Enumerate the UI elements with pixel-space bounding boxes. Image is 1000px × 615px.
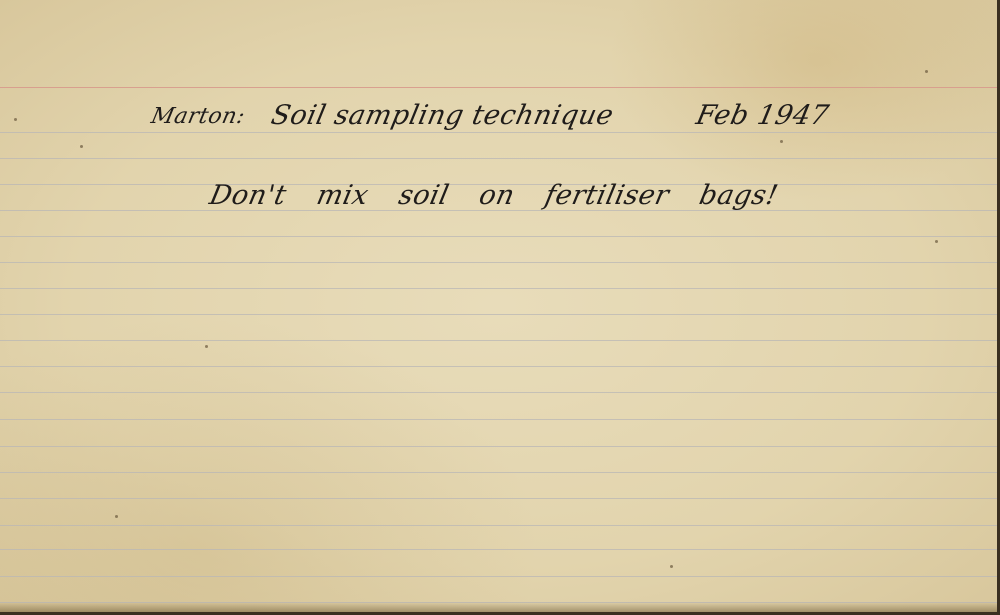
- ruled-line: [0, 158, 997, 159]
- header-rule: [0, 87, 997, 88]
- ruled-line: [0, 314, 997, 315]
- ruled-line: [0, 340, 997, 341]
- ruled-line: [0, 262, 997, 263]
- ruled-line: [0, 446, 997, 447]
- note-text: Don't mix soil on fertiliser bags!: [207, 180, 781, 211]
- ruled-line: [0, 392, 997, 393]
- ruled-line: [0, 525, 997, 526]
- heading-place: Marton:: [149, 104, 248, 129]
- ruled-line: [0, 419, 997, 420]
- ruled-line: [0, 549, 997, 550]
- heading-subject: Soil sampling technique: [268, 100, 616, 131]
- ruled-line: [0, 366, 997, 367]
- ruled-line: [0, 498, 997, 499]
- ruled-line: [0, 288, 997, 289]
- ruled-line: [0, 472, 997, 473]
- ruled-line: [0, 576, 997, 577]
- ruled-line: [0, 236, 997, 237]
- heading-date: Feb 1947: [693, 100, 831, 131]
- ruled-line: [0, 132, 997, 133]
- index-card: Marton: Soil sampling technique Feb 1947…: [0, 0, 997, 612]
- ruled-line: [0, 602, 997, 603]
- note-line: Don't mix soil on fertiliser bags!: [207, 180, 781, 211]
